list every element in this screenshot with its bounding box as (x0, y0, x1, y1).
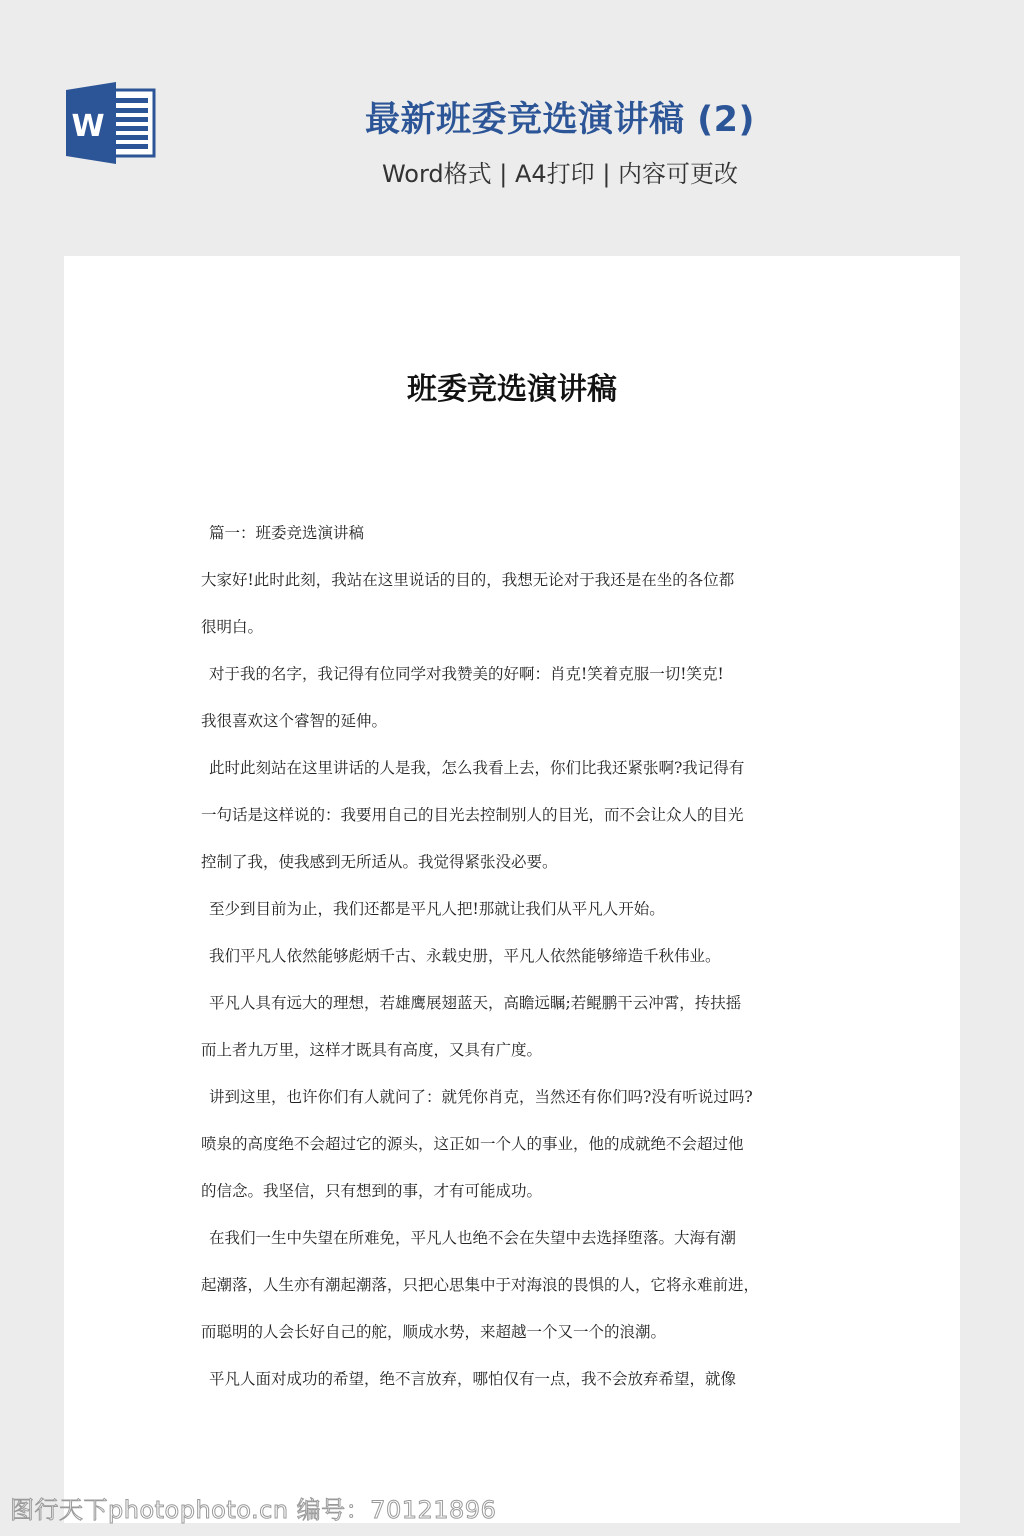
document-body: 篇一：班委竞选演讲稿大家好!此时此刻，我站在这里说话的目的，我想无论对于我还是在… (201, 510, 831, 1403)
paragraph-line: 而聪明的人会长好自己的舵，顺成水势，来超越一个又一个的浪潮。 (201, 1309, 831, 1356)
paragraph-line: 起潮落，人生亦有潮起潮落，只把心思集中于对海浪的畏惧的人，它将永难前进， (201, 1262, 831, 1309)
paragraph-line: 的信念。我坚信，只有想到的事，才有可能成功。 (201, 1168, 831, 1215)
paragraph-line: 我们平凡人依然能够彪炳千古、永载史册，平凡人依然能够缔造千秋伟业。 (201, 933, 831, 980)
document-title: 班委竞选演讲稿 (64, 364, 960, 408)
paragraph-line: 我很喜欢这个睿智的延伸。 (201, 698, 831, 745)
paragraph-line: 至少到目前为止，我们还都是平凡人把!那就让我们从平凡人开始。 (201, 886, 831, 933)
paragraph-line: 篇一：班委竞选演讲稿 (201, 510, 831, 557)
page-title: 最新班委竞选演讲稿 (2) (300, 92, 820, 142)
watermark-text: 图行天下photophoto.cn 编号：70121896 (10, 1490, 496, 1525)
word-icon: W (64, 80, 156, 164)
paragraph-line: 大家好!此时此刻，我站在这里说话的目的，我想无论对于我还是在坐的各位都 (201, 557, 831, 604)
paragraph-line: 此时此刻站在这里讲话的人是我，怎么我看上去，你们比我还紧张啊?我记得有 (201, 745, 831, 792)
paragraph-line: 在我们一生中失望在所难免，平凡人也绝不会在失望中去选择堕落。大海有潮 (201, 1215, 831, 1262)
paragraph-line: 控制了我，使我感到无所适从。我觉得紧张没必要。 (201, 839, 831, 886)
document-page: 班委竞选演讲稿 篇一：班委竞选演讲稿大家好!此时此刻，我站在这里说话的目的，我想… (64, 256, 960, 1523)
paragraph-line: 很明白。 (201, 604, 831, 651)
paragraph-line: 一句话是这样说的：我要用自己的目光去控制别人的目光，而不会让众人的目光 (201, 792, 831, 839)
paragraph-line: 而上者九万里，这样才既具有高度，又具有广度。 (201, 1027, 831, 1074)
paragraph-line: 喷泉的高度绝不会超过它的源头，这正如一个人的事业，他的成就绝不会超过他 (201, 1121, 831, 1168)
svg-text:W: W (71, 109, 104, 144)
paragraph-line: 平凡人面对成功的希望，绝不言放弃，哪怕仅有一点，我不会放弃希望，就像 (201, 1356, 831, 1403)
paragraph-line: 对于我的名字，我记得有位同学对我赞美的好啊：肖克!笑着克服一切!笑克! (201, 651, 831, 698)
page-subtitle: Word格式 | A4打印 | 内容可更改 (300, 154, 820, 189)
paragraph-line: 讲到这里，也许你们有人就问了：就凭你肖克，当然还有你们吗?没有听说过吗? (201, 1074, 831, 1121)
paragraph-line: 平凡人具有远大的理想，若雄鹰展翅蓝天，高瞻远瞩;若鲲鹏干云冲霄，抟扶摇 (201, 980, 831, 1027)
